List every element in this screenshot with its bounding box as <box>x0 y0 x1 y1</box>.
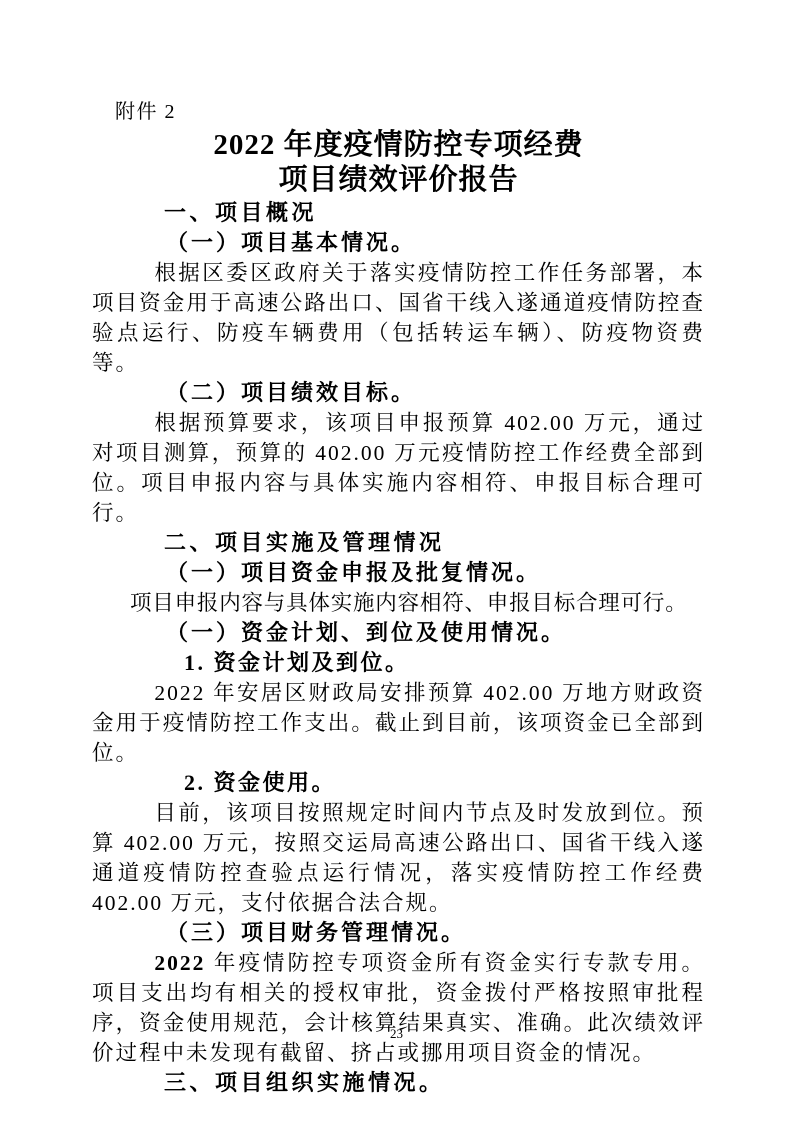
document-body: 一、项目概况 （一）项目基本情况。 根据区委区政府关于落实疫情防控工作任务部署，… <box>92 198 705 1098</box>
document-page: 附件 2 2022 年度疫情防控专项经费 项目绩效评价报告 一、项目概况 （一）… <box>0 0 793 1122</box>
subheading-fund-plan-arrival-use: （一）资金计划、到位及使用情况。 <box>92 618 705 648</box>
subheading-financial-management: （三）项目财务管理情况。 <box>92 918 705 948</box>
paragraph-fund-plan-arrival: 2022 年安居区财政局安排预算 402.00 万地方财政资金用于疫情防控工作支… <box>92 678 705 768</box>
heading-project-overview: 一、项目概况 <box>92 198 705 228</box>
paragraph-basic-situation: 根据区委区政府关于落实疫情防控工作任务部署，本项目资金用于高速公路出口、国省干线… <box>92 258 705 378</box>
attachment-label: 附件 2 <box>115 100 705 124</box>
title-line-1: 2022 年度疫情防控专项经费 <box>92 128 705 163</box>
subheading-fund-application-approval: （一）项目资金申报及批复情况。 <box>92 558 705 588</box>
paragraph-fund-application-approval: 项目申报内容与具体实施内容相符、申报目标合理可行。 <box>92 588 705 618</box>
title-line-2: 项目绩效评价报告 <box>92 163 705 198</box>
paragraph-financial-management: 2022 年疫情防控专项资金所有资金实行专款专用。项目支出均有相关的授权审批，资… <box>92 948 705 1068</box>
document-title: 2022 年度疫情防控专项经费 项目绩效评价报告 <box>92 128 705 198</box>
subheading-fund-use: 2. 资金使用。 <box>92 768 705 798</box>
heading-organization-implementation: 三、项目组织实施情况。 <box>92 1068 705 1098</box>
subheading-basic-situation: （一）项目基本情况。 <box>92 228 705 258</box>
subheading-fund-plan-arrival: 1. 资金计划及到位。 <box>92 648 705 678</box>
paragraph-performance-target: 根据预算要求，该项目申报预算 402.00 万元，通过对项目测算，预算的 402… <box>92 408 705 528</box>
paragraph-fund-use: 目前，该项目按照规定时间内节点及时发放到位。预算 402.00 万元，按照交运局… <box>92 798 705 918</box>
heading-implementation-management: 二、项目实施及管理情况 <box>92 528 705 558</box>
document-content: 附件 2 2022 年度疫情防控专项经费 项目绩效评价报告 一、项目概况 （一）… <box>92 0 705 1098</box>
page-number: 23 <box>0 1026 793 1042</box>
bold-year: 2022 <box>154 951 205 975</box>
subheading-performance-target: （二）项目绩效目标。 <box>92 378 705 408</box>
